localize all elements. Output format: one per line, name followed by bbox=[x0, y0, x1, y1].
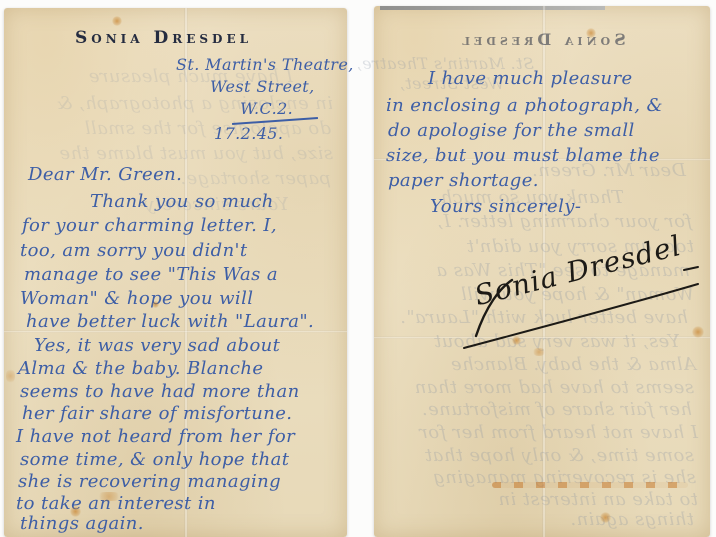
address-line: W.C.2. bbox=[240, 98, 293, 119]
handwritten-line: size, but you must blame the bbox=[386, 145, 660, 166]
handwritten-line: in enclosing a photograph, & bbox=[386, 95, 663, 116]
stain-spot bbox=[692, 326, 704, 338]
stain-spot bbox=[6, 368, 15, 384]
showthrough-line: paper shortage. bbox=[180, 168, 331, 189]
showthrough-line: I have not heard from her for bbox=[419, 422, 698, 443]
handwritten-line: paper shortage. bbox=[388, 170, 539, 191]
handwritten-line: too, am sorry you didn't bbox=[20, 240, 248, 261]
handwritten-line: do apologise for the small bbox=[388, 120, 635, 141]
letterhead-text: Sonia Dresdel bbox=[4, 28, 323, 48]
signature: Sonia Dresdel bbox=[471, 229, 685, 312]
closing-line: Yours sincerely- bbox=[430, 196, 581, 217]
showthrough-line: Alma & the baby. Blanche bbox=[451, 354, 696, 375]
handwritten-line: to take an interest in bbox=[16, 493, 216, 514]
handwritten-line: things again. bbox=[20, 513, 144, 534]
handwritten-line: have better luck with "Laura". bbox=[26, 311, 314, 332]
fold-crease bbox=[374, 336, 710, 339]
address-line: St. Martin's Theatre, bbox=[176, 54, 354, 75]
handwritten-line: for your charming letter. I, bbox=[22, 215, 277, 236]
handwritten-line: Alma & the baby. Blanche bbox=[18, 358, 263, 379]
handwritten-line: Thank you so much bbox=[90, 191, 274, 212]
showthrough-line: she is recovering managing bbox=[433, 467, 696, 488]
showthrough-line: seems to have had more than bbox=[414, 377, 694, 398]
stain-spot bbox=[112, 16, 122, 26]
stain-spot bbox=[532, 348, 546, 356]
letterhead-showthrough: Sonia Dresdel bbox=[374, 30, 710, 49]
letter-page-back: Sonia Dresdel St. Martin's Theatre, West… bbox=[374, 6, 710, 537]
stain-band bbox=[492, 482, 688, 488]
handwritten-line: Woman" & hope you will bbox=[20, 288, 253, 309]
letter-scan: I have much pleasure in enclosing a phot… bbox=[0, 0, 716, 537]
showthrough-line: do apologise for the small bbox=[84, 118, 331, 139]
stain-spot bbox=[600, 512, 611, 523]
letter-page-front: I have much pleasure in enclosing a phot… bbox=[4, 8, 347, 537]
handwritten-line: seems to have had more than bbox=[20, 381, 300, 402]
handwritten-line: Dear Mr. Green. bbox=[28, 164, 182, 185]
handwritten-line: Yes, it was very sad about bbox=[34, 335, 280, 356]
showthrough-line: Yes, it was very sad about bbox=[434, 331, 680, 352]
handwritten-line: I have not heard from her for bbox=[16, 426, 295, 447]
address-line: West Street, bbox=[210, 76, 315, 97]
showthrough-line: things again. bbox=[570, 509, 694, 530]
handwritten-line: some time, & only hope that bbox=[20, 449, 289, 470]
handwritten-line: her fair share of misfortune. bbox=[22, 403, 292, 424]
handwritten-line: I have much pleasure bbox=[428, 68, 633, 89]
handwritten-line: manage to see "This Was a bbox=[24, 264, 278, 285]
showthrough-line: have better luck with "Laura". bbox=[400, 307, 688, 328]
scan-artifact-strip bbox=[380, 6, 605, 10]
showthrough-line: to take an interest in bbox=[498, 489, 698, 510]
showthrough-line: size, but you must blame the bbox=[59, 143, 333, 164]
showthrough-line: some time, & only hope that bbox=[425, 445, 694, 466]
stain-spot bbox=[512, 336, 521, 345]
date-text: 17.2.45. bbox=[214, 124, 283, 143]
handwritten-line: she is recovering managing bbox=[18, 471, 281, 492]
showthrough-line: her fair share of misfortune. bbox=[422, 399, 692, 420]
